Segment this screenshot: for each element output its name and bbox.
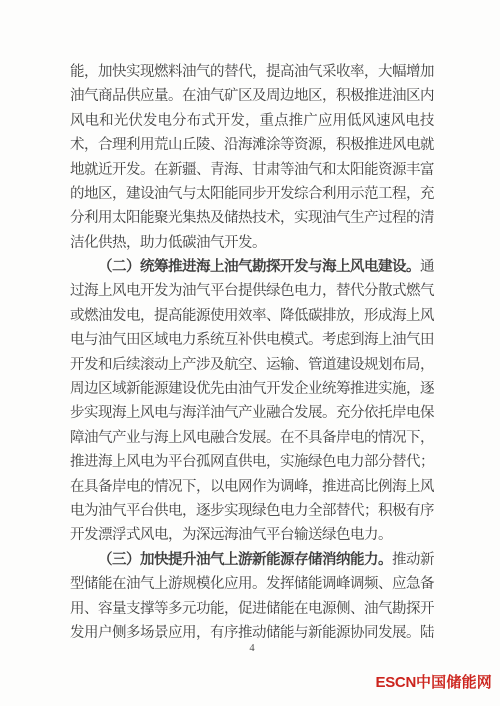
text-line: 周边区域新能源建设优先由油气开发企业统筹推进实施，逐 bbox=[70, 377, 434, 401]
text-line: 步实现海上风电与海洋油气产业融合发展。充分依托岸电保 bbox=[70, 401, 434, 425]
text-line: （二）统筹推进海上油气勘探开发与海上风电建设。通 bbox=[70, 255, 434, 279]
text-line: 开发漂浮式风电，为深远海油气平台输送绿色电力。 bbox=[70, 523, 434, 547]
text-line: 油气商品供应量。在油气矿区及周边地区，积极推进油区内 bbox=[70, 84, 434, 108]
text-line: 地就近开发。在新疆、青海、甘肃等油气和太阳能资源丰富 bbox=[70, 158, 434, 182]
escn-logo-en: ESCN bbox=[376, 674, 416, 691]
text-line: 分利用太阳能聚光集热及储热技术，实现油气生产过程的清 bbox=[70, 206, 434, 230]
text-line: 风电和光伏发电分布式开发，重点推广应用低风速风电技 bbox=[70, 109, 434, 133]
text-line: 过海上风电开发为油气平台提供绿色电力，替代分散式燃气 bbox=[70, 280, 434, 304]
text-line: 电与油气田区域电力系统互补供电模式。考虑到海上油气田 bbox=[70, 328, 434, 352]
text-line: 用、容量支撑等多元功能，促进储能在电源侧、油气勘探开 bbox=[70, 597, 434, 621]
page-number: 4 bbox=[70, 643, 434, 654]
document-body: 能，加快实现燃料油气的替代，提高油气采收率，大幅增加油气商品供应量。在油气矿区及… bbox=[70, 60, 434, 645]
text-line: 术，合理利用荒山丘陵、沿海滩涂等资源，积极推进风电就 bbox=[70, 133, 434, 157]
escn-logo: ESCN中国储能网 bbox=[376, 671, 493, 692]
text-line: 能，加快实现燃料油气的替代，提高油气采收率，大幅增加 bbox=[70, 60, 434, 84]
text-line: 发用户侧多场景应用，有序推动储能与新能源协同发展。陆 bbox=[70, 621, 434, 645]
text-line: 电为油气平台供电，逐步实现绿色电力全部替代；积极有序 bbox=[70, 499, 434, 523]
text-line: （三）加快提升油气上游新能源存储消纳能力。推动新 bbox=[70, 548, 434, 572]
text-line: 或燃油发电，提高能源使用效率、降低碳排放，形成海上风 bbox=[70, 304, 434, 328]
text-line: 推进海上风电为平台孤网直供电，实施绿色电力部分替代； bbox=[70, 450, 434, 474]
text-line: 开发和后续滚动上产涉及航空、运输、管道建设规划布局， bbox=[70, 353, 434, 377]
escn-logo-zh: 中国储能网 bbox=[416, 674, 492, 691]
text-line: 在具备岸电的情况下，以电网作为调峰，推进高比例海上风 bbox=[70, 475, 434, 499]
text-line: 的地区，建设油气与太阳能同步开发综合利用示范工程，充 bbox=[70, 182, 434, 206]
text-line: 障油气产业与海上风电融合发展。在不具备岸电的情况下， bbox=[70, 426, 434, 450]
text-line: 型储能在油气上游规模化应用。发挥储能调峰调频、应急备 bbox=[70, 572, 434, 596]
document-page: 能，加快实现燃料油气的替代，提高油气采收率，大幅增加油气商品供应量。在油气矿区及… bbox=[0, 0, 500, 706]
text-line: 洁化供热，助力低碳油气开发。 bbox=[70, 231, 434, 255]
